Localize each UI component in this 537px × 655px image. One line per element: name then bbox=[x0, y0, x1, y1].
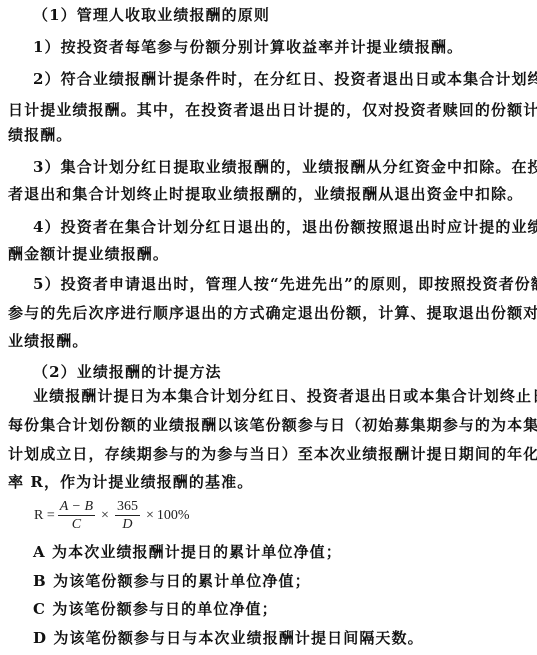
method-paragraph-line-1: 业绩报酬计提日为本集合计划分红日、投资者退出日或本集合计划终止日。 bbox=[33, 386, 537, 406]
formula-lhs: R = bbox=[34, 508, 55, 524]
fraction-a-minus-b-over-c: A − B C bbox=[58, 499, 95, 532]
fraction-denominator: D bbox=[122, 516, 132, 532]
fraction-numerator: A − B bbox=[58, 499, 95, 516]
principle-5-line-1: 5）投资者申请退出时，管理人按“先进先出”的原则，即按照投资者份额 bbox=[33, 274, 537, 294]
principle-2-line-3: 绩报酬。 bbox=[8, 125, 72, 145]
principle-2-line-2: 日计提业绩报酬。其中，在投资者退出日计提的，仅对投资者赎回的份额计提业 bbox=[8, 100, 537, 120]
definition-d: D 为该笔份额参与日与本次业绩报酬计提日间隔天数。 bbox=[33, 628, 424, 648]
principle-5-line-2: 参与的先后次序进行顺序退出的方式确定退出份额，计算、提取退出份额对应的 bbox=[8, 303, 537, 323]
multiply-sign: × bbox=[146, 508, 154, 524]
fraction-numerator: 365 bbox=[115, 499, 140, 516]
method-paragraph-line-2: 每份集合计划份额的业绩报酬以该笔份额参与日（初始募集期参与的为本集合 bbox=[8, 415, 537, 435]
fraction-denominator: C bbox=[72, 516, 81, 532]
principle-2-line-1: 2）符合业绩报酬计提条件时，在分红日、投资者退出日或本集合计划终止 bbox=[33, 69, 537, 89]
principle-1-line-1: 1）按投资者每笔参与份额分别计算收益率并计提业绩报酬。 bbox=[33, 37, 463, 57]
multiply-sign: × bbox=[101, 508, 109, 524]
principle-4-line-1: 4）投资者在集合计划分红日退出的，退出份额按照退出时应计提的业绩报 bbox=[33, 217, 537, 237]
method-paragraph-line-4: 率 R，作为计提业绩报酬的基准。 bbox=[8, 472, 253, 492]
fraction-365-over-d: 365 D bbox=[115, 499, 140, 532]
definition-b: B 为该笔份额参与日的累计单位净值； bbox=[33, 571, 311, 591]
principle-3-line-1: 3）集合计划分红日提取业绩报酬的，业绩报酬从分红资金中扣除。在投资 bbox=[33, 157, 537, 177]
section-heading-principles: （1）管理人收取业绩报酬的原则 bbox=[33, 5, 270, 25]
definition-c: C 为该笔份额参与日的单位净值； bbox=[33, 599, 278, 619]
formula-percent: 100% bbox=[157, 508, 190, 524]
definition-a: A 为本次业绩报酬计提日的累计单位净值； bbox=[33, 542, 342, 562]
section-heading-method: （2）业绩报酬的计提方法 bbox=[33, 362, 222, 382]
return-rate-formula: R = A − B C × 365 D × 100% bbox=[34, 499, 190, 532]
principle-3-line-2: 者退出和集合计划终止时提取业绩报酬的，业绩报酬从退出资金中扣除。 bbox=[8, 184, 523, 204]
principle-4-line-2: 酬金额计提业绩报酬。 bbox=[8, 244, 169, 264]
method-paragraph-line-3: 计划成立日，存续期参与的为参与当日）至本次业绩报酬计提日期间的年化收益 bbox=[8, 444, 537, 464]
principle-5-line-3: 业绩报酬。 bbox=[8, 331, 89, 351]
